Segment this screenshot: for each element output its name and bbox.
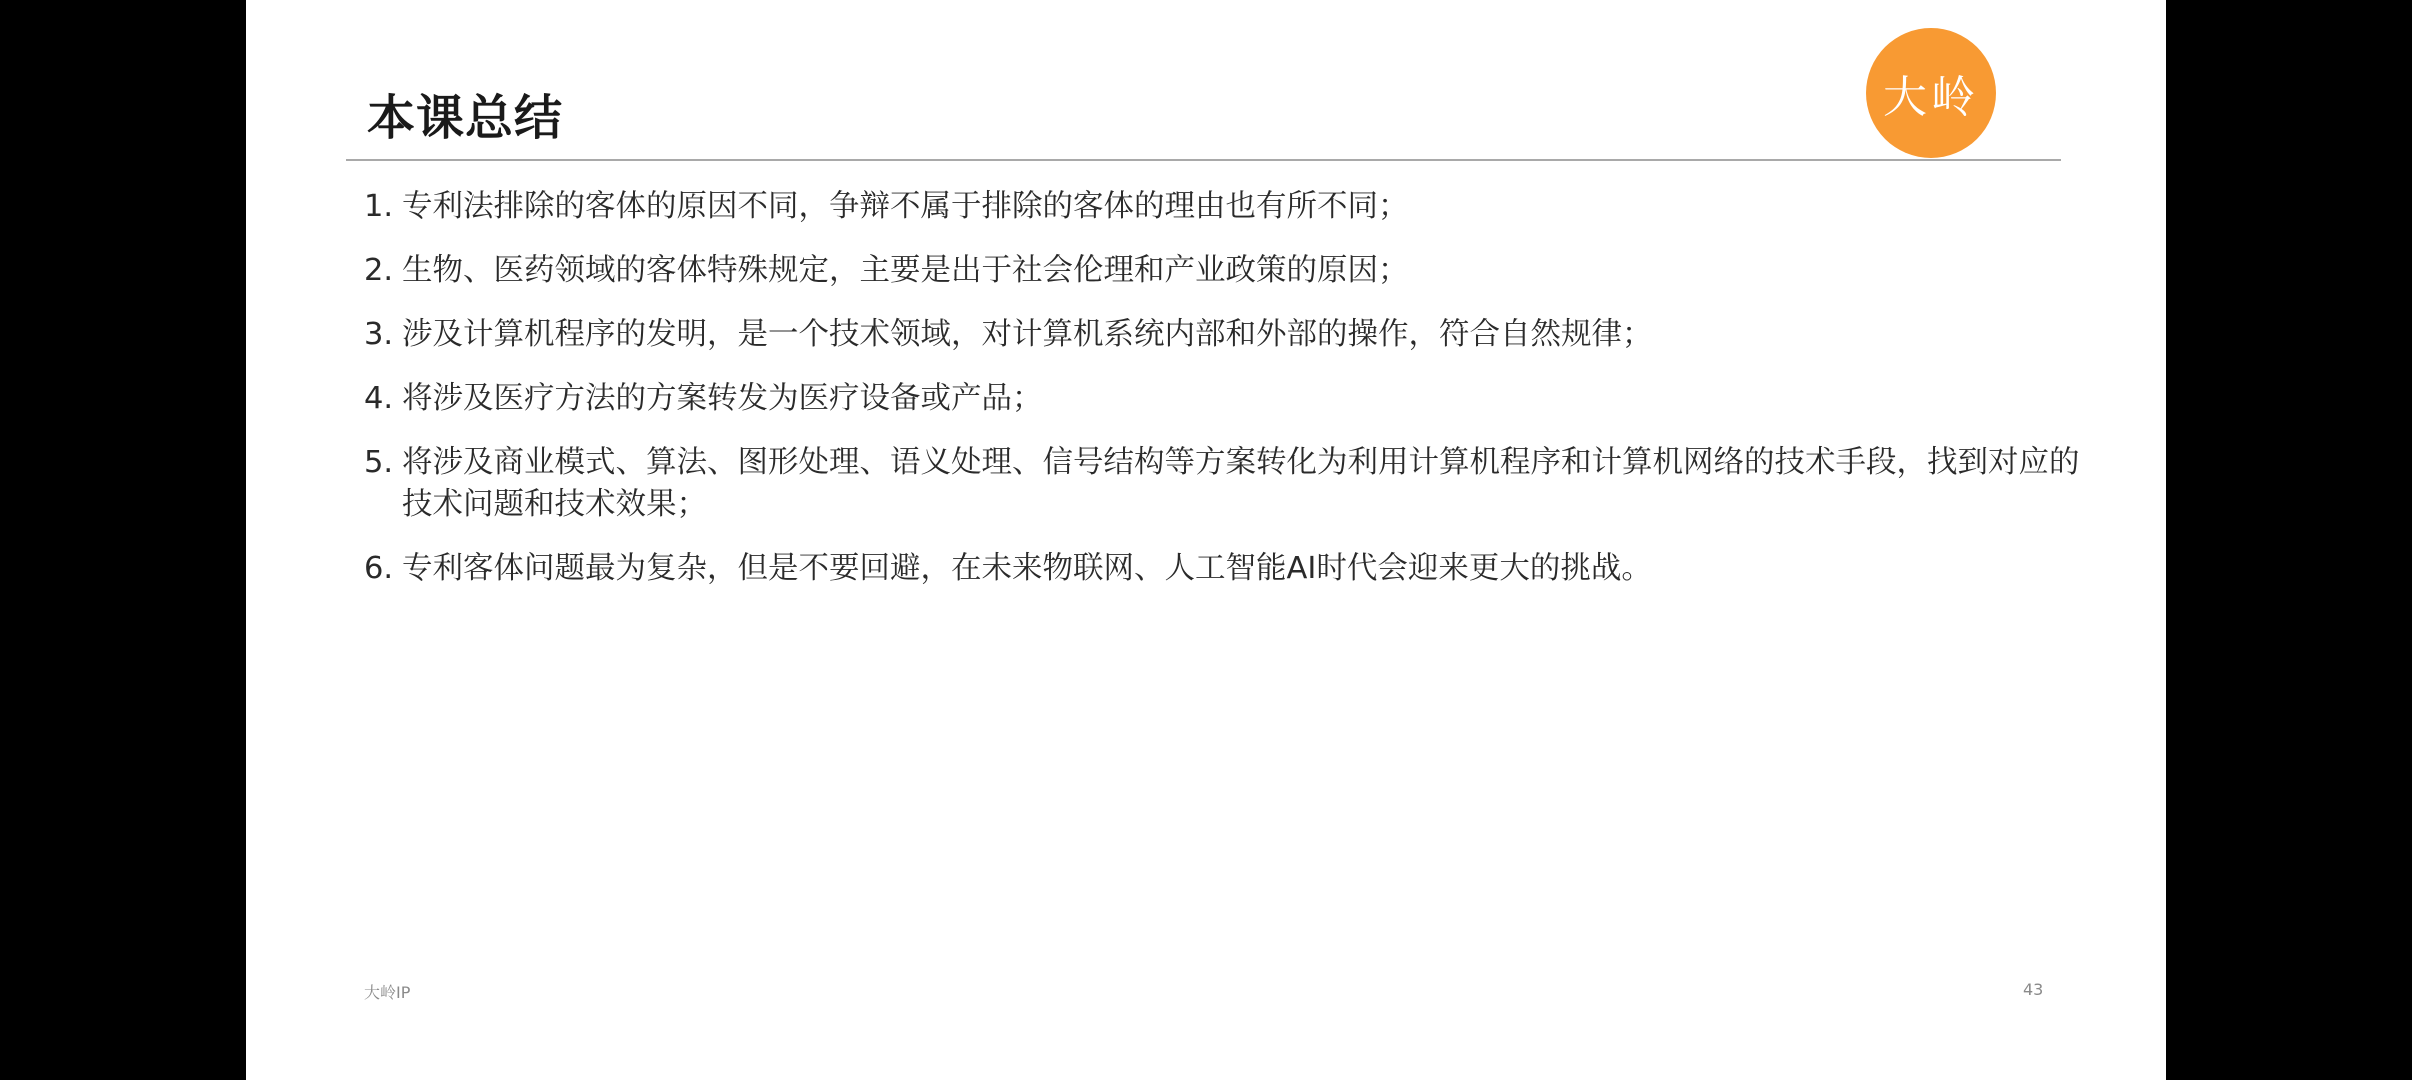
slide-title: 本课总结 <box>367 88 563 148</box>
item-number: 5. <box>364 442 402 526</box>
slide: 本课总结 大岭 1. 专利法排除的客体的原因不同，争辩不属于排除的客体的理由也有… <box>246 0 2166 1080</box>
list-item: 5. 将涉及商业模式、算法、图形处理、语义处理、信号结构等方案转化为利用计算机程… <box>364 442 2084 526</box>
list-item: 2. 生物、医药领域的客体特殊规定，主要是出于社会伦理和产业政策的原因； <box>364 250 2084 292</box>
item-text: 涉及计算机程序的发明，是一个技术领域，对计算机系统内部和外部的操作，符合自然规律… <box>402 314 2084 356</box>
item-number: 4. <box>364 378 402 420</box>
footer-brand: 大岭IP <box>364 980 410 1003</box>
item-number: 3. <box>364 314 402 356</box>
list-item: 1. 专利法排除的客体的原因不同，争辩不属于排除的客体的理由也有所不同； <box>364 186 2084 228</box>
item-text: 将涉及商业模式、算法、图形处理、语义处理、信号结构等方案转化为利用计算机程序和计… <box>402 442 2084 526</box>
summary-list: 1. 专利法排除的客体的原因不同，争辩不属于排除的客体的理由也有所不同； 2. … <box>364 186 2084 612</box>
item-number: 1. <box>364 186 402 228</box>
item-number: 2. <box>364 250 402 292</box>
list-item: 3. 涉及计算机程序的发明，是一个技术领域，对计算机系统内部和外部的操作，符合自… <box>364 314 2084 356</box>
list-item: 4. 将涉及医疗方法的方案转发为医疗设备或产品； <box>364 378 2084 420</box>
logo-badge: 大岭 <box>1866 28 1996 158</box>
item-text: 将涉及医疗方法的方案转发为医疗设备或产品； <box>402 378 2084 420</box>
title-divider <box>346 159 2061 161</box>
item-number: 6. <box>364 548 402 590</box>
item-text: 专利客体问题最为复杂，但是不要回避，在未来物联网、人工智能AI时代会迎来更大的挑… <box>402 548 2084 590</box>
page-number: 43 <box>2023 980 2043 999</box>
item-text: 生物、医药领域的客体特殊规定，主要是出于社会伦理和产业政策的原因； <box>402 250 2084 292</box>
item-text: 专利法排除的客体的原因不同，争辩不属于排除的客体的理由也有所不同； <box>402 186 2084 228</box>
list-item: 6. 专利客体问题最为复杂，但是不要回避，在未来物联网、人工智能AI时代会迎来更… <box>364 548 2084 590</box>
logo-text: 大岭 <box>1883 61 1979 125</box>
